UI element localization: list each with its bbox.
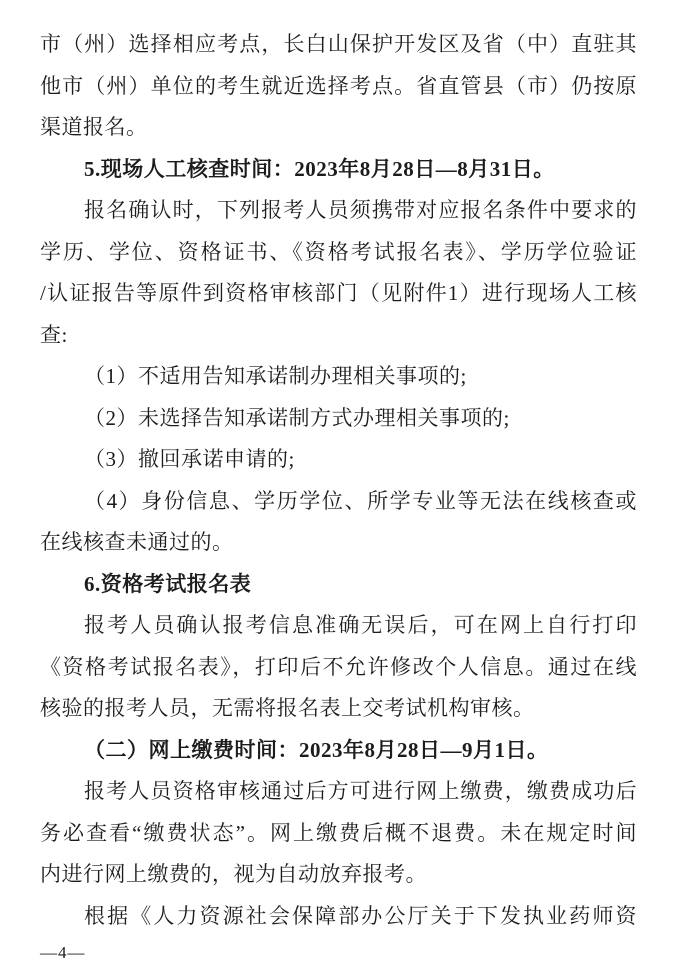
document-body: 市（州）选择相应考点，长白山保护开发区及省（中）直驻其 他市（州）单位的考生就近… [0,0,677,937]
text-line: 他市（州）单位的考生就近选择考点。省直管县（市）仍按原 [40,66,637,108]
section-heading: 6.资格考试报名表 [40,564,637,606]
text-line: 报考人员确认报考信息准确无误后，可在网上自行打印 [40,605,637,647]
text-line: 渠道报名。 [40,107,637,149]
list-item: （2）未选择告知承诺制方式办理相关事项的; [40,398,637,440]
text-line: 学历、学位、资格证书、《资格考试报名表》、学历学位验证 [40,232,637,274]
text-line: 报考人员资格审核通过后方可进行网上缴费，缴费成功后 [40,771,637,813]
page-number: —4— [0,943,677,963]
list-item: （1）不适用告知承诺制办理相关事项的; [40,356,637,398]
text-line: 查: [40,315,637,357]
text-line: 在线核查未通过的。 [40,522,637,564]
text-line: 报名确认时，下列报考人员须携带对应报名条件中要求的 [40,190,637,232]
text-line: 《资格考试报名表》，打印后不允许修改个人信息。通过在线 [40,647,637,689]
text-line: 内进行网上缴费的，视为自动放弃报考。 [40,854,637,896]
text-line: 务必查看“缴费状态”。网上缴费后概不退费。未在规定时间 [40,813,637,855]
text-line: 根据《人力资源社会保障部办公厅关于下发执业药师资 [40,896,637,938]
text-line: 市（州）选择相应考点，长白山保护开发区及省（中）直驻其 [40,24,637,66]
list-item: （3）撤回承诺申请的; [40,439,637,481]
section-heading: （二）网上缴费时间：2023年8月28日—9月1日。 [40,730,637,772]
text-line: 核验的报考人员，无需将报名表上交考试机构审核。 [40,688,637,730]
text-line: /认证报告等原件到资格审核部门（见附件1）进行现场人工核 [40,273,637,315]
document-page: 市（州）选择相应考点，长白山保护开发区及省（中）直驻其 他市（州）单位的考生就近… [0,0,677,971]
list-item: （4）身份信息、学历学位、所学专业等无法在线核查或 [40,481,637,523]
section-heading: 5.现场人工核查时间：2023年8月28日—8月31日。 [40,149,637,191]
